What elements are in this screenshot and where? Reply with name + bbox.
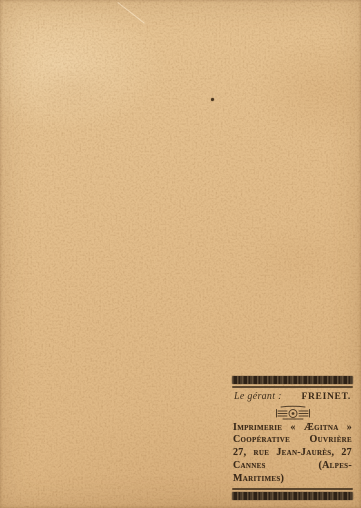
imprint-line-address: 27, rue Jean-Jaurès, 27 — [232, 447, 353, 460]
imprint-bottom-bar — [232, 492, 353, 500]
scanned-back-cover-page: Le gérant : FREINET. Imprimerie « Ægitna… — [0, 0, 361, 508]
paper-scratch — [117, 2, 144, 24]
imprint-lines: Imprimerie « Ægitna » Coopérative Ouvriè… — [232, 422, 353, 486]
gerant-name: FREINET. — [301, 392, 351, 402]
ornament-row — [232, 404, 353, 420]
imprint-line-city: Cannes (Alpes-Maritimes) — [232, 460, 353, 486]
imprint-block: Le gérant : FREINET. Imprimerie « Ægitna… — [232, 376, 353, 500]
gerant-line: Le gérant : FREINET. — [232, 391, 353, 402]
imprint-line-cooperative: Coopérative Ouvrière — [232, 434, 353, 447]
gerant-label: Le gérant : — [234, 391, 282, 402]
imprint-top-bar — [232, 376, 353, 384]
printer-emblem-icon — [273, 404, 313, 420]
imprint-line-imprimerie: Imprimerie « Ægitna » — [232, 422, 353, 435]
ink-speck — [211, 98, 214, 101]
imprint-bottom-rule — [232, 488, 353, 490]
imprint-top-rule — [232, 386, 353, 388]
